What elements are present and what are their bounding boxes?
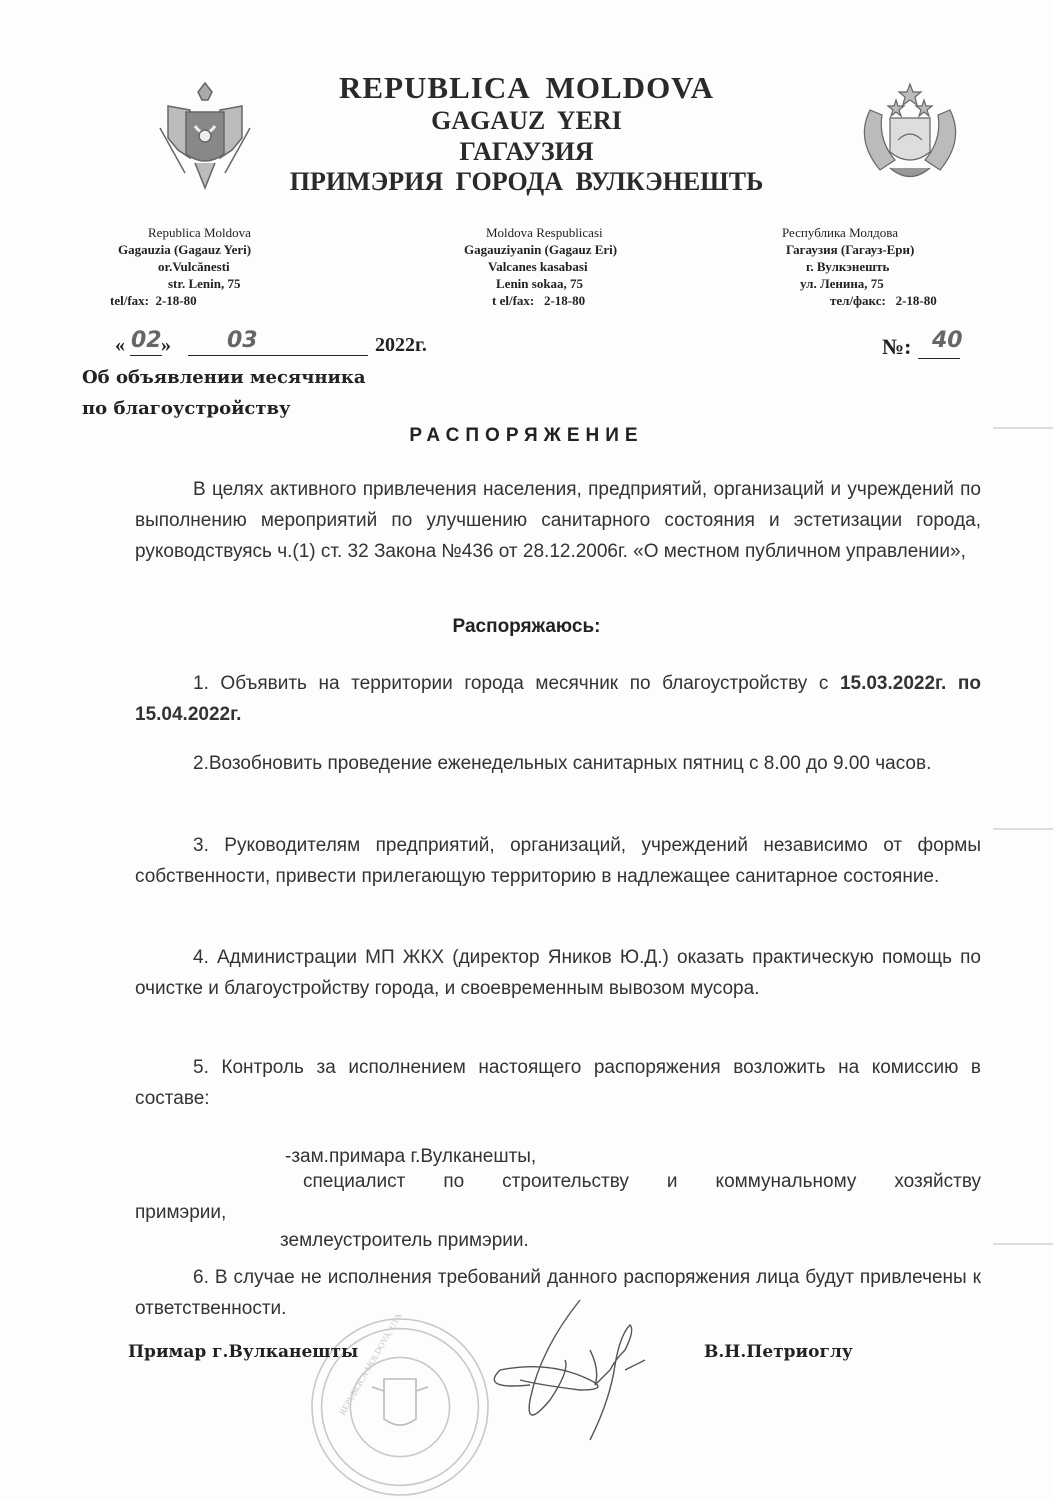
address-left-line-3: or.Vulcănesti (110, 258, 320, 275)
date-month-underline (188, 355, 368, 356)
document-title: РАСПОРЯЖЕНИЕ (0, 425, 1053, 447)
order-item-4: 4. Администрации МП ЖКХ (директор Яников… (135, 942, 981, 1004)
handwritten-signature-icon (440, 1290, 680, 1460)
address-center-line-2: Gagauziyanin (Gagauz Eri) (464, 241, 674, 258)
subject-line-2: по благоустройству (82, 393, 366, 424)
scan-edge-mark (993, 427, 1053, 429)
address-center-line-5: t el/fax: 2-18-80 (464, 292, 674, 309)
header-line-gagauz-yeri: GAGAUZ YERI (0, 106, 1053, 136)
number-value-handwritten: 40 (932, 328, 963, 353)
address-block-russian: Республика Молдова Гагаузия (Гагауз-Ери)… (782, 224, 1002, 309)
address-center-line-4: Lenin sokaa, 75 (464, 275, 674, 292)
commission-member-3: землеустроитель примэрии. (280, 1230, 529, 1252)
date-day-handwritten: 02 (131, 328, 162, 353)
signatory-name: В.Н.Петриоглу (704, 1342, 853, 1362)
date-open-quote: « (115, 334, 125, 357)
header-line-gagauzia: ГАГАУЗИЯ (0, 137, 1053, 167)
address-left-line-1: Republica Moldova (110, 224, 320, 241)
address-right-line-4: ул. Ленина, 75 (782, 275, 1002, 292)
commission-member-2-line-1: специалист по строительству и коммунальн… (135, 1166, 981, 1197)
order-item-1: 1. Объявить на территории города месячни… (135, 668, 981, 730)
scan-edge-mark (993, 1243, 1053, 1245)
date-close-quote: » (161, 334, 171, 357)
address-block-romanian: Republica Moldova Gagauzia (Gagauz Yeri)… (110, 224, 320, 309)
date-year: 2022г. (375, 334, 427, 357)
subject-line-1: Об объявлении месячника (82, 362, 366, 393)
address-center-line-1: Moldova Respublicasi (464, 224, 674, 241)
address-right-line-1: Республика Молдова (782, 224, 1002, 241)
address-right-line-5: тел/факс: 2-18-80 (782, 292, 1002, 309)
order-item-3: 3. Руководителям предприятий, организаци… (135, 830, 981, 892)
commission-member-2-line-2: примэрии, (135, 1197, 981, 1228)
commission-member-2: специалист по строительству и коммунальн… (135, 1166, 981, 1228)
document-subject: Об объявлении месячника по благоустройст… (82, 362, 366, 424)
address-right-line-2: Гагаузия (Гагауз-Ери) (782, 241, 1002, 258)
order-item-5: 5. Контроль за исполнением настоящего ра… (135, 1052, 981, 1114)
number-underline (918, 358, 960, 359)
header-line-primaria: ПРИМЭРИЯ ГОРОДА ВУЛКЭНЕШТЬ (0, 167, 1053, 197)
address-left-line-5: tel/fax: 2-18-80 (110, 292, 320, 309)
date-month-handwritten: 03 (227, 328, 258, 353)
signatory-position: Примар г.Вулканешты (128, 1342, 358, 1362)
document-date: « 02 » 03 2022г. (115, 332, 455, 362)
order-heading: Распоряжаюсь: (0, 616, 1053, 638)
address-right-line-3: г. Вулкэнешть (782, 258, 1002, 275)
order-item-2: 2.Возобновить проведение еженедельных са… (135, 748, 981, 779)
address-left-line-2: Gagauzia (Gagauz Yeri) (110, 241, 320, 258)
address-center-line-3: Valcanes kasabasi (464, 258, 674, 275)
header-line-republic: REPUBLICA MOLDOVA (0, 70, 1053, 106)
address-block-gagauz: Moldova Respublicasi Gagauziyanin (Gagau… (464, 224, 674, 309)
number-label: №: (882, 334, 911, 360)
scan-edge-mark (993, 828, 1053, 830)
commission-member-1: -зам.примара г.Вулканешты, (285, 1146, 536, 1168)
preamble-paragraph: В целях активного привлечения населения,… (135, 474, 981, 567)
order-item-1-text: 1. Объявить на территории города месячни… (193, 673, 828, 694)
address-left-line-4: str. Lenin, 75 (110, 275, 320, 292)
date-day-underline (130, 355, 162, 356)
